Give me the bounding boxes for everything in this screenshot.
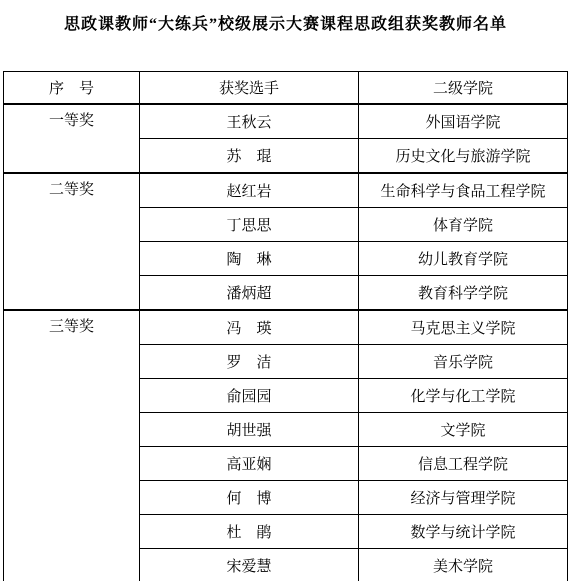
header-cell-college: 二级学院 xyxy=(359,72,568,105)
table-row: 二等奖赵红岩生命科学与食品工程学院 xyxy=(4,173,568,208)
prize-cell: 三等奖 xyxy=(4,310,140,581)
college-cell: 美术学院 xyxy=(359,549,568,581)
college-cell: 化学与化工学院 xyxy=(359,379,568,413)
winner-name-cell: 罗 洁 xyxy=(140,345,359,379)
winner-name-cell: 赵红岩 xyxy=(140,173,359,208)
winner-name-cell: 丁思思 xyxy=(140,208,359,242)
college-cell: 外国语学院 xyxy=(359,104,568,139)
college-cell: 经济与管理学院 xyxy=(359,481,568,515)
college-cell: 音乐学院 xyxy=(359,345,568,379)
winner-name-cell: 陶 琳 xyxy=(140,242,359,276)
winner-name-cell: 杜 鹃 xyxy=(140,515,359,549)
college-cell: 体育学院 xyxy=(359,208,568,242)
prize-cell: 一等奖 xyxy=(4,104,140,173)
page-title: 思政课教师“大练兵”校级展示大赛课程思政组获奖教师名单 xyxy=(0,11,571,34)
winner-name-cell: 王秋云 xyxy=(140,104,359,139)
prize-cell: 二等奖 xyxy=(4,173,140,310)
winner-name-cell: 俞园园 xyxy=(140,379,359,413)
awards-table: 序 号 获奖选手 二级学院 一等奖王秋云外国语学院苏 琨历史文化与旅游学院二等奖… xyxy=(3,71,568,581)
winner-name-cell: 何 博 xyxy=(140,481,359,515)
header-cell-winner: 获奖选手 xyxy=(140,72,359,105)
college-cell: 幼儿教育学院 xyxy=(359,242,568,276)
winner-name-cell: 苏 琨 xyxy=(140,139,359,174)
college-cell: 信息工程学院 xyxy=(359,447,568,481)
college-cell: 教育科学学院 xyxy=(359,276,568,311)
table-header-row: 序 号 获奖选手 二级学院 xyxy=(4,72,568,105)
winner-name-cell: 高亚娴 xyxy=(140,447,359,481)
college-cell: 马克思主义学院 xyxy=(359,310,568,345)
winner-name-cell: 胡世强 xyxy=(140,413,359,447)
college-cell: 生命科学与食品工程学院 xyxy=(359,173,568,208)
winner-name-cell: 潘炳超 xyxy=(140,276,359,311)
college-cell: 文学院 xyxy=(359,413,568,447)
table-row: 一等奖王秋云外国语学院 xyxy=(4,104,568,139)
winner-name-cell: 宋爱慧 xyxy=(140,549,359,581)
document-page: 思政课教师“大练兵”校级展示大赛课程思政组获奖教师名单 序 号 获奖选手 二级学… xyxy=(0,0,571,581)
awards-table-body: 一等奖王秋云外国语学院苏 琨历史文化与旅游学院二等奖赵红岩生命科学与食品工程学院… xyxy=(4,104,568,581)
college-cell: 历史文化与旅游学院 xyxy=(359,139,568,174)
header-cell-number: 序 号 xyxy=(4,72,140,105)
college-cell: 数学与统计学院 xyxy=(359,515,568,549)
winner-name-cell: 冯 瑛 xyxy=(140,310,359,345)
table-row: 三等奖冯 瑛马克思主义学院 xyxy=(4,310,568,345)
